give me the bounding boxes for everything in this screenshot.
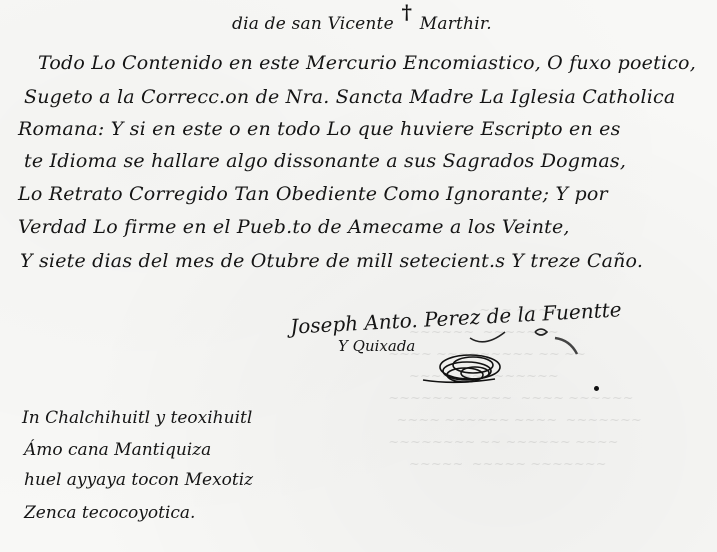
poem-line-1: In Chalchihuitl y teoxihuitl <box>22 408 252 428</box>
poem-line-2: Ámo cana Mantiquiza <box>24 440 211 460</box>
heading-text-end: Marthir. <box>420 14 492 34</box>
body-line-3: Romana: Y si en este o en todo Lo que hu… <box>18 118 621 140</box>
signature-second-line: Y Quixada <box>338 337 415 355</box>
body-line-4: te Idioma se hallare algo dissonante a s… <box>24 150 626 172</box>
body-line-5: Lo Retrato Corregido Tan Obediente Como … <box>18 183 608 205</box>
ink-dot <box>594 386 599 391</box>
body-line-1: Todo Lo Contenido en este Mercurio Encom… <box>38 52 696 74</box>
body-line-7: Y siete dias del mes de Otubre de mill s… <box>20 250 643 272</box>
body-line-6: Verdad Lo firme en el Pueb.to de Amecame… <box>18 216 570 238</box>
cross-icon: † <box>401 0 412 24</box>
poem-line-3: huel ayyaya tocon Mexotiz <box>24 470 253 490</box>
body-line-2: Sugeto a la Correcc.on de Nra. Sancta Ma… <box>24 86 675 108</box>
manuscript-page: ~~~ ~~~~ ~~ ~~~~~~ ~~~~~~~ ~~~~ ~~~~~~~~… <box>0 0 717 552</box>
heading-text: dia de san Vicente <box>232 14 394 34</box>
signature-flourish-icon <box>465 318 585 358</box>
poem-line-4: Zenca tecocoyotica. <box>24 503 195 523</box>
heading-line: dia de san Vicente † Marthir. <box>232 10 492 34</box>
